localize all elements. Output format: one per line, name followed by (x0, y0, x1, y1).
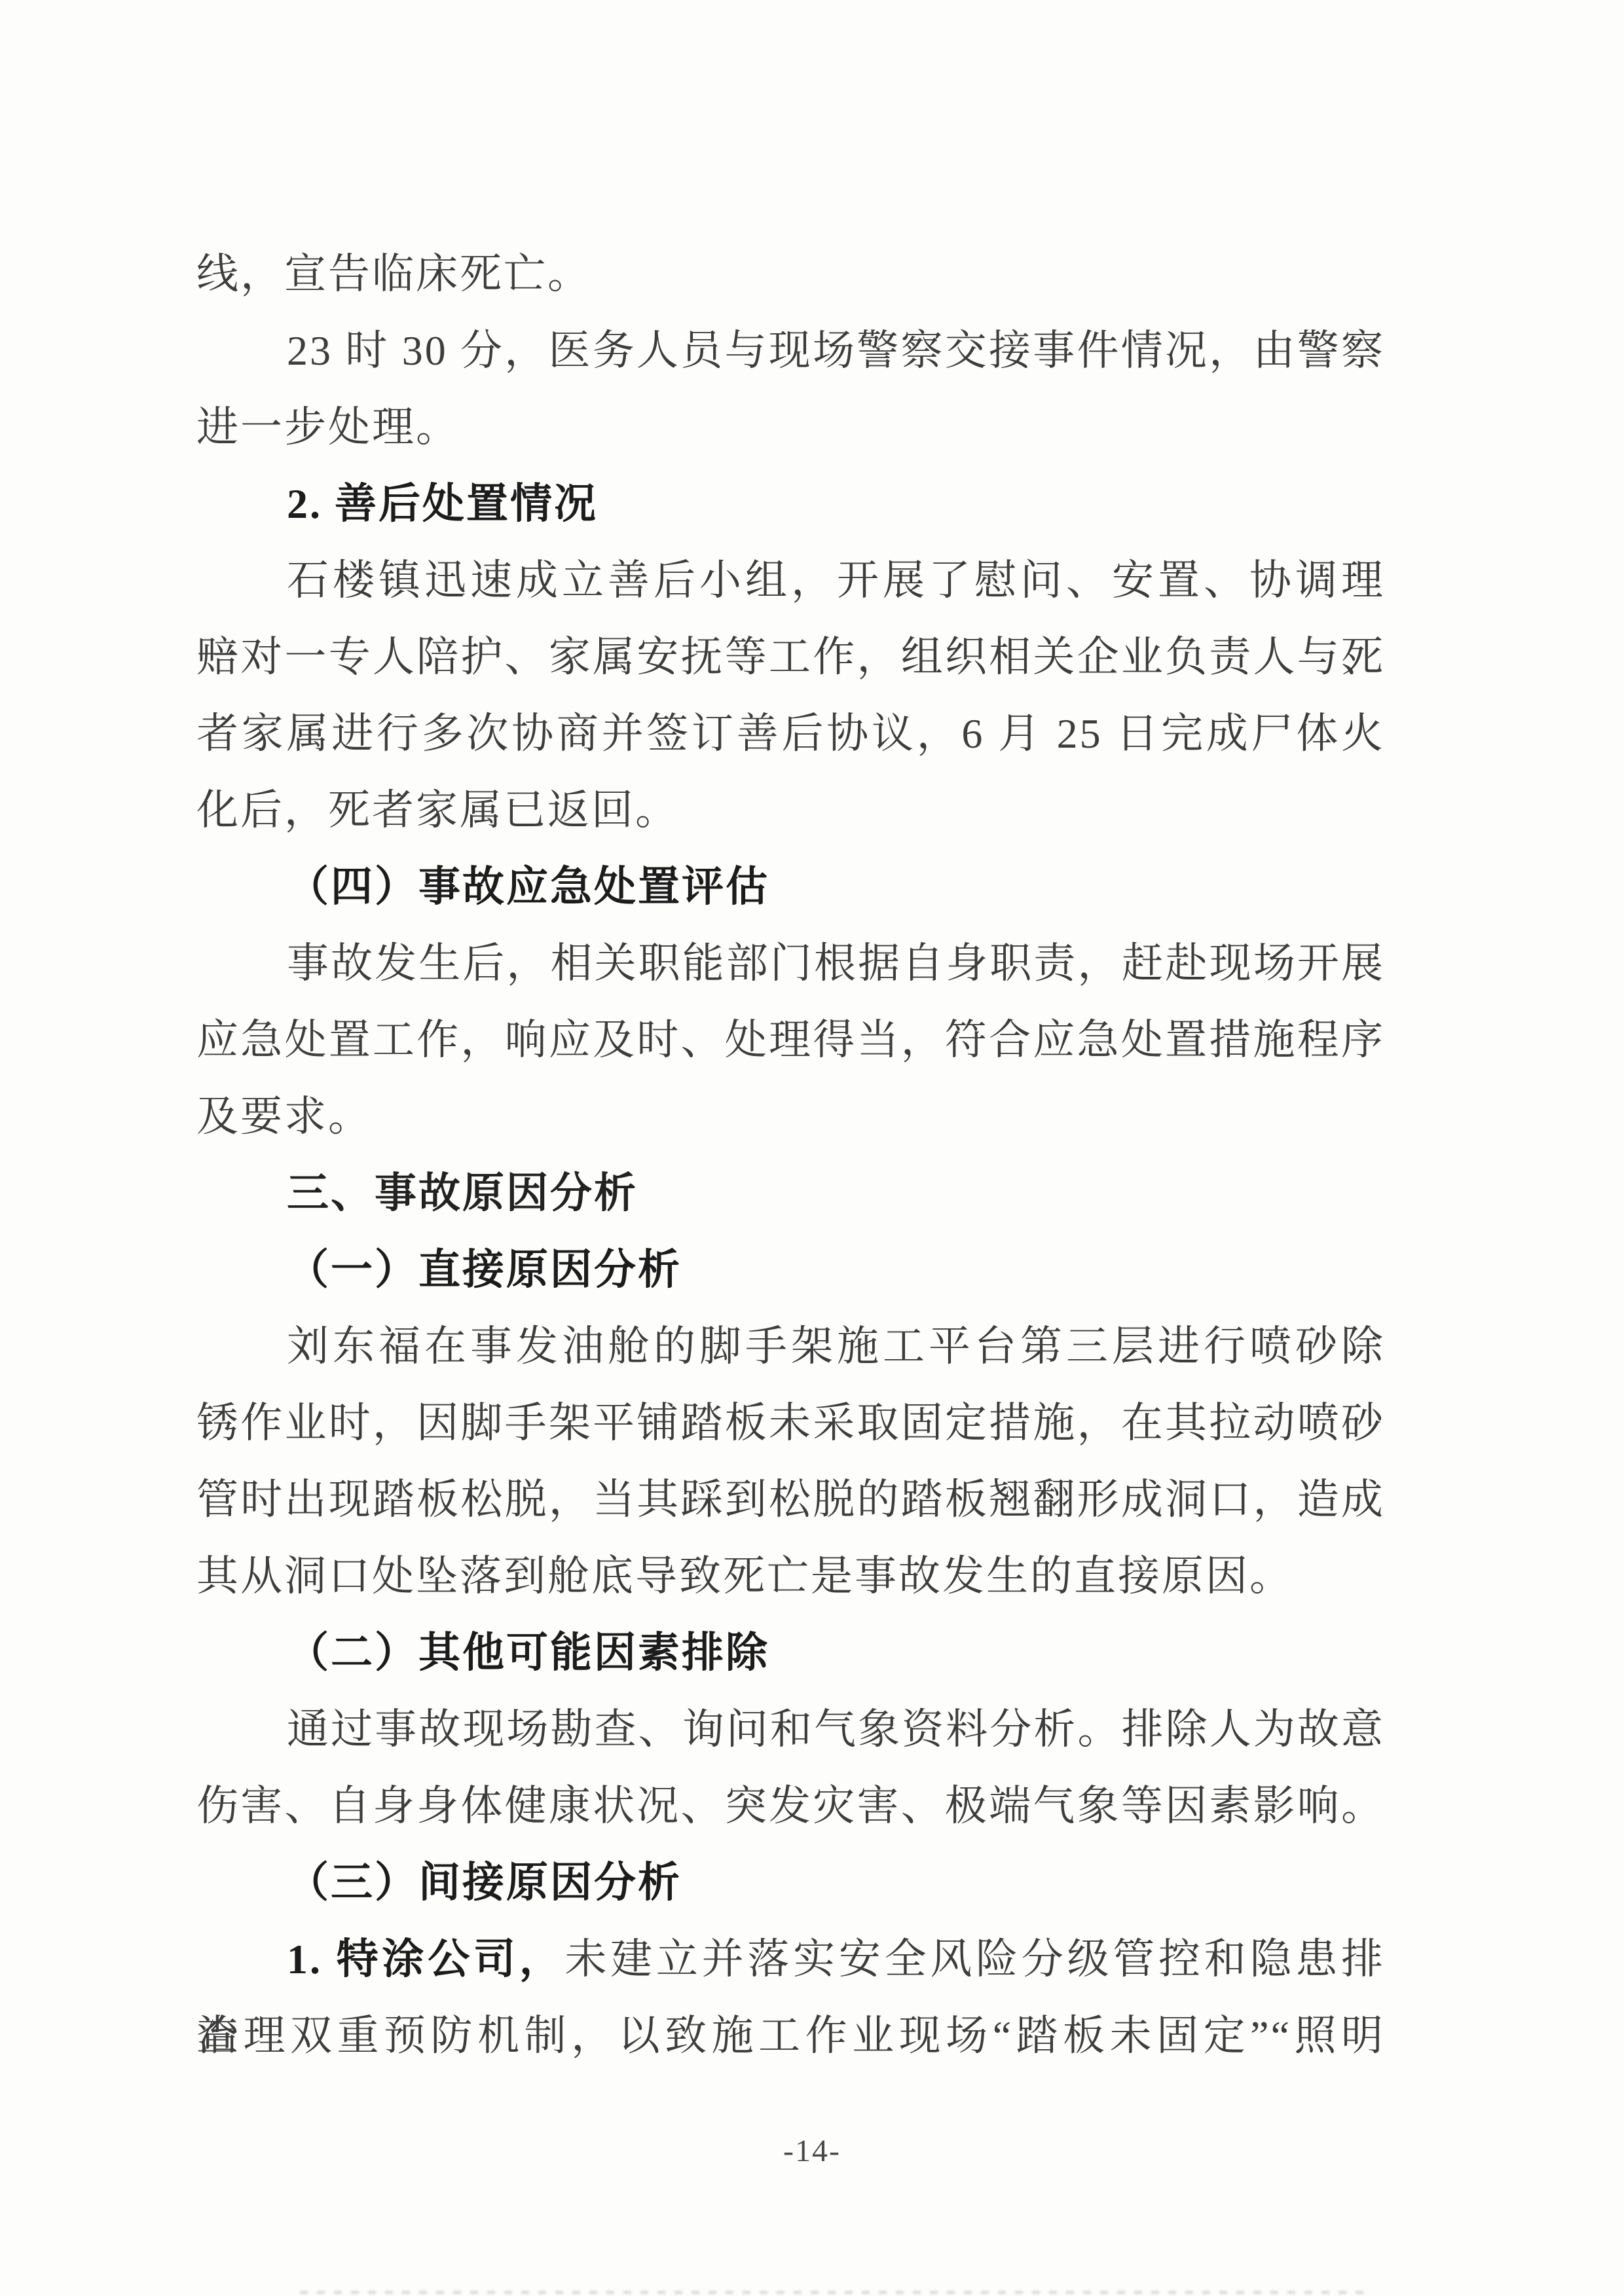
text-segment: 通过事故现场勘查、询问和气象资料分析。排除人为故意 (287, 1706, 1385, 1753)
text-line-4: 2. 善后处置情况 (196, 465, 1385, 542)
page-bottom-bleed-artifact (300, 2291, 1367, 2294)
text-segment: 者家属进行多次协商并签订善后协议，6 月 25 日完成尸体火 (196, 710, 1385, 757)
text-segment: 其从洞口处坠落到舱底导致死亡是事故发生的直接原因。 (196, 1553, 1293, 1599)
text-line-19: （二）其他可能因素排除 (196, 1614, 1385, 1691)
text-line-1: 线，宣告临床死亡。 (196, 236, 1385, 312)
text-segment: （一）直接原因分析 (287, 1247, 682, 1293)
text-line-11: 应急处置工作，响应及时、处理得当，符合应急处置措施程序 (196, 1002, 1385, 1078)
text-segment: 一对一专人陪护、家属安抚等工作，组织相关企业负责人与死 (196, 634, 1385, 680)
text-line-6: 一对一专人陪护、家属安抚等工作，组织相关企业负责人与死 (196, 619, 1385, 695)
text-segment: 1. 特涂公司， (287, 1936, 564, 1982)
text-line-14: （一）直接原因分析 (196, 1231, 1385, 1308)
text-segment: 事故发生后，相关职能部门根据自身职责，赶赴现场开展 (287, 940, 1385, 987)
text-segment: （四）事故应急处置评估 (287, 864, 769, 910)
text-line-22: （三）间接原因分析 (196, 1844, 1385, 1921)
text-segment: 应急处置工作，响应及时、处理得当，符合应急处置措施程序 (196, 1017, 1385, 1063)
text-line-16: 锈作业时，因脚手架平铺踏板未采取固定措施，在其拉动喷砂 (196, 1385, 1385, 1461)
text-segment: 及要求。 (196, 1093, 372, 1140)
text-segment: 治理双重预防机制，以致施工作业现场“踏板未固定”“照明 (196, 2013, 1385, 2059)
text-line-24: 治理双重预防机制，以致施工作业现场“踏板未固定”“照明 (196, 1997, 1385, 2074)
text-segment: （二）其他可能因素排除 (287, 1630, 769, 1676)
text-segment: 2. 善后处置情况 (287, 481, 598, 527)
text-segment: （三）间接原因分析 (287, 1859, 682, 1906)
text-line-15: 刘东福在事发油舱的脚手架施工平台第三层进行喷砂除 (196, 1308, 1385, 1385)
text-segment: 伤害、自身身体健康状况、突发灾害、极端气象等因素影响。 (196, 1783, 1385, 1829)
text-segment: 三、事故原因分析 (287, 1169, 638, 1216)
text-segment: 管时出现踏板松脱，当其踩到松脱的踏板翘翻形成洞口，造成 (196, 1476, 1385, 1523)
text-line-5: 石楼镇迅速成立善后小组，开展了慰问、安置、协调理赔、 (196, 542, 1385, 619)
text-line-17: 管时出现踏板松脱，当其踩到松脱的踏板翘翻形成洞口，造成 (196, 1461, 1385, 1538)
document-page: 线，宣告临床死亡。23 时 30 分，医务人员与现场警察交接事件情况，由警察进一… (0, 0, 1624, 2296)
text-line-23: 1. 特涂公司，未建立并落实安全风险分级管控和隐患排查 (196, 1921, 1385, 1997)
text-segment: 化后，死者家属已返回。 (196, 787, 679, 833)
text-line-3: 进一步处理。 (196, 389, 1385, 465)
text-line-2: 23 时 30 分，医务人员与现场警察交接事件情况，由警察 (196, 312, 1385, 389)
text-line-10: 事故发生后，相关职能部门根据自身职责，赶赴现场开展 (196, 925, 1385, 1002)
text-line-13: 三、事故原因分析 (196, 1155, 1385, 1231)
text-line-20: 通过事故现场勘查、询问和气象资料分析。排除人为故意 (196, 1691, 1385, 1768)
text-segment: 刘东福在事发油舱的脚手架施工平台第三层进行喷砂除 (287, 1323, 1385, 1370)
text-line-21: 伤害、自身身体健康状况、突发灾害、极端气象等因素影响。 (196, 1768, 1385, 1844)
text-line-18: 其从洞口处坠落到舱底导致死亡是事故发生的直接原因。 (196, 1538, 1385, 1614)
text-segment: 进一步处理。 (196, 404, 460, 450)
page-number: -14- (0, 2133, 1624, 2169)
text-line-9: （四）事故应急处置评估 (196, 848, 1385, 925)
text-line-7: 者家属进行多次协商并签订善后协议，6 月 25 日完成尸体火 (196, 695, 1385, 772)
text-line-12: 及要求。 (196, 1078, 1385, 1155)
text-line-8: 化后，死者家属已返回。 (196, 772, 1385, 848)
text-segment: 锈作业时，因脚手架平铺踏板未采取固定措施，在其拉动喷砂 (196, 1400, 1385, 1446)
text-segment: 23 时 30 分，医务人员与现场警察交接事件情况，由警察 (287, 327, 1385, 374)
text-block: 线，宣告临床死亡。23 时 30 分，医务人员与现场警察交接事件情况，由警察进一… (196, 236, 1385, 2074)
text-segment: 线，宣告临床死亡。 (196, 251, 591, 297)
